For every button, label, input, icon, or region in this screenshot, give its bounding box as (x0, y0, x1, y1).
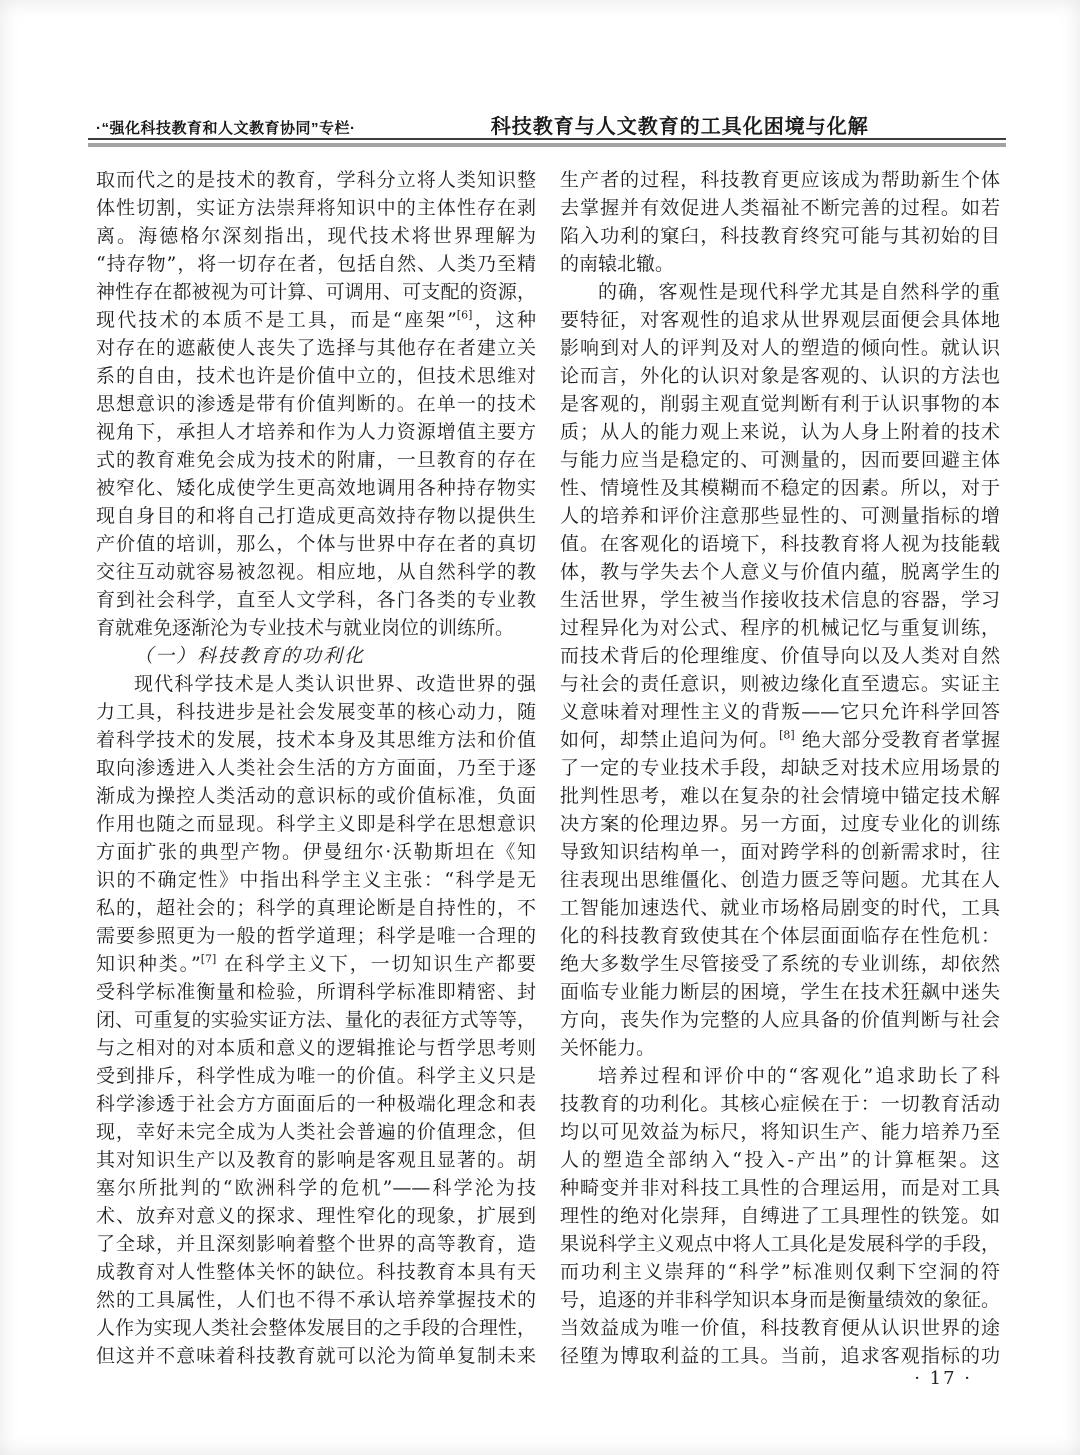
text-line: 塞尔所批判的“欧洲科学的危机”——科学沦为技 (96, 1174, 536, 1202)
text-line: 去掌握并有效促进人类福祉不断完善的过程。如若 (560, 194, 1000, 222)
text-line: 需要参照更为一般的哲学道理；科学是唯一合理的 (96, 922, 536, 950)
article-title: 科技教育与人文教育的工具化困境与化解 (356, 110, 1005, 139)
text-line: 径堕为博取利益的工具。当前，追求客观指标的功 (560, 1342, 1000, 1370)
text-line: 导致知识结构单一，面对跨学科的创新需求时，往 (560, 838, 1000, 866)
text-line: 方面扩张的典型产物。伊曼纽尔·沃勒斯坦在《知 (96, 838, 536, 866)
text-line: 培养过程和评价中的“客观化”追求助长了科 (560, 1062, 1000, 1090)
text-line: 人的培养和评价注意那些显性的、可测量指标的增 (560, 502, 1000, 530)
text-line: 如何，却禁止追问为何。[8] 绝大部分受教育者掌握 (560, 726, 1000, 754)
document-page: ·“强化科技教育和人文教育协同”专栏· 科技教育与人文教育的工具化困境与化解 取… (0, 0, 1080, 1455)
text-line: 现代科学技术是人类认识世界、改造世界的强 (96, 670, 536, 698)
text-line: 现自身目的和将自己打造成更高效持存物以提供生 (96, 502, 536, 530)
text-line: 成教育对人性整体关怀的缺位。科技教育本具有天 (96, 1258, 536, 1286)
text-line: 知识种类。”[7] 在科学主义下，一切知识生产都要 (96, 950, 536, 978)
text-line: 取向渗透进入人类社会生活的方方面面，乃至于逐 (96, 754, 536, 782)
text-line: 体性切割，实证方法崇拜将知识中的主体性存在剥 (96, 194, 536, 222)
text-line: 作用也随之而显现。科学主义即是科学在思想意识 (96, 810, 536, 838)
text-line: 绝大多数学生尽管接受了系统的专业训练，却依然 (560, 950, 1000, 978)
text-line: 与之相对的对本质和意义的逻辑推论与哲学思考则 (96, 1034, 536, 1062)
text-line: 交往互动就容易被忽视。相应地，从自然科学的教 (96, 558, 536, 586)
text-line: 陷入功利的窠臼，科技教育终究可能与其初始的目 (560, 222, 1000, 250)
text-line: 然的工具属性，人们也不得不承认培养掌握技术的 (96, 1286, 536, 1314)
text-line: 均以可见效益为标尺，将知识生产、能力培养乃至 (560, 1118, 1000, 1146)
text-line: 技教育的功利化。其核心症候在于：一切教育活动 (560, 1090, 1000, 1118)
text-line: 义意味着对理性主义的背叛——它只允许科学回答 (560, 698, 1000, 726)
text-line: 识的不确定性》中指出科学主义主张：“科学是无 (96, 866, 536, 894)
text-line: 现代技术的本质不是工具，而是“座架”[6]，这种 (96, 306, 536, 334)
text-line: 体，教与学失去个人意义与价值内蕴，脱离学生的 (560, 558, 1000, 586)
text-line: 值。在客观化的语境下，科技教育将人视为技能载 (560, 530, 1000, 558)
text-line: 被窄化、矮化成使学生更高效地调用各种持存物实 (96, 474, 536, 502)
text-line: 质；从人的能力观上来说，认为人身上附着的技术 (560, 418, 1000, 446)
text-line: 关怀能力。 (560, 1034, 1000, 1062)
right-column: 生产者的过程，科技教育更应该成为帮助新生个体去掌握并有效促进人类福祉不断完善的过… (560, 166, 1000, 1370)
left-column: 取而代之的是技术的教育，学科分立将人类知识整体性切割，实证方法崇拜将知识中的主体… (96, 166, 536, 1370)
text-line: 是客观的，削弱主观直觉判断有利于认识事物的本 (560, 390, 1000, 418)
text-line: 渐成为操控人类活动的意识标的或价值标准，负面 (96, 782, 536, 810)
text-line: 私的，超社会的；科学的真理论断是自持性的，不 (96, 894, 536, 922)
text-line: 育就难免逐渐沦为专业技术与就业岗位的训练所。 (96, 614, 536, 642)
text-line: 神性存在都被视为可计算、可调用、可支配的资源， (96, 278, 536, 306)
text-line: 性、情境性及其模糊而不稳定的因素。所以，对于 (560, 474, 1000, 502)
text-line: 视角下，承担人才培养和作为人力资源增值主要方 (96, 418, 536, 446)
text-line: 产价值的培训，那么，个体与世界中存在者的真切 (96, 530, 536, 558)
page-number: · 17 · (914, 1368, 972, 1389)
text-line: 术、放弃对意义的探求、理性窄化的现象，扩展到 (96, 1202, 536, 1230)
text-line: 与能力应当是稳定的、可测量的，因而要回避主体 (560, 446, 1000, 474)
text-line: 思想意识的渗透是带有价值判断的。在单一的技术 (96, 390, 536, 418)
text-line: 着科学技术的发展，技术本身及其思维方法和价值 (96, 726, 536, 754)
text-line: 决方案的伦理边界。另一方面，过度专业化的训练 (560, 810, 1000, 838)
column-label: ·“强化科技教育和人文教育协同”专栏· (96, 117, 356, 138)
text-line: 式的教育难免会成为技术的附庸，一旦教育的存在 (96, 446, 536, 474)
text-line: 力工具，科技进步是社会发展变革的核心动力，随 (96, 698, 536, 726)
header-rule-thin (88, 138, 1006, 140)
text-line: 要特征，对客观性的追求从世界观层面便会具体地 (560, 306, 1000, 334)
text-line: 号，追逐的并非科学知识本身而是衡量绩效的象征。 (560, 1286, 1000, 1314)
text-line: 科学渗透于社会方方面面后的一种极端化理念和表 (96, 1090, 536, 1118)
article-body: 取而代之的是技术的教育，学科分立将人类知识整体性切割，实证方法崇拜将知识中的主体… (96, 166, 1000, 1370)
text-line: 的确，客观性是现代科学尤其是自然科学的重 (560, 278, 1000, 306)
text-line: 种畸变并非对科技工具性的合理运用，而是对工具 (560, 1174, 1000, 1202)
text-line: 过程异化为对公式、程序的机械记忆与重复训练， (560, 614, 1000, 642)
text-line: 影响到对人的评判及对人的塑造的倾向性。就认识 (560, 334, 1000, 362)
text-line: 人的塑造全部纳入“投入-产出”的计算框架。这 (560, 1146, 1000, 1174)
text-line: 系的自由，技术也许是价值中立的，但技术思维对 (96, 362, 536, 390)
text-line: 了全球，并且深刻影响着整个世界的高等教育，造 (96, 1230, 536, 1258)
text-line: 论而言，外化的认识对象是客观的、认识的方法也 (560, 362, 1000, 390)
page-header: ·“强化科技教育和人文教育协同”专栏· 科技教育与人文教育的工具化困境与化解 (96, 110, 1004, 139)
text-line: “持存物”，将一切存在者，包括自然、人类乃至精 (96, 250, 536, 278)
text-line: 生产者的过程，科技教育更应该成为帮助新生个体 (560, 166, 1000, 194)
text-line: 离。海德格尔深刻指出，现代技术将世界理解为 (96, 222, 536, 250)
section-heading: （一）科技教育的功利化 (96, 642, 536, 670)
text-line: 面临专业能力断层的困境，学生在技术狂飙中迷失 (560, 978, 1000, 1006)
citation-ref: [7] (201, 953, 217, 966)
text-line: 现，幸好未完全成为人类社会普遍的价值理念，但 (96, 1118, 536, 1146)
text-line: 了一定的专业技术手段，却缺乏对技术应用场景的 (560, 754, 1000, 782)
citation-ref: [6] (457, 309, 473, 322)
text-line: 的南辕北辙。 (560, 250, 1000, 278)
text-line: 但这并不意味着科技教育就可以沦为简单复制未来 (96, 1342, 536, 1370)
text-line: 取而代之的是技术的教育，学科分立将人类知识整 (96, 166, 536, 194)
citation-ref: [8] (779, 729, 795, 742)
text-line: 方向，丧失作为完整的人应具备的价值判断与社会 (560, 1006, 1000, 1034)
text-line: 理性的绝对化崇拜，自缚进了工具理性的铁笼。如 (560, 1202, 1000, 1230)
text-line: 生活世界，学生被当作接收技术信息的容器，学习 (560, 586, 1000, 614)
text-line: 当效益成为唯一价值，科技教育便从认识世界的途 (560, 1314, 1000, 1342)
text-line: 受到排斥，科学性成为唯一的价值。科学主义只是 (96, 1062, 536, 1090)
text-line: 而功利主义崇拜的“科学”标准则仅剩下空洞的符 (560, 1258, 1000, 1286)
text-line: 对存在的遮蔽使人丧失了选择与其他存在者建立关 (96, 334, 536, 362)
text-line: 工智能加速迭代、就业市场格局剧变的时代，工具 (560, 894, 1000, 922)
text-line: 人作为实现人类社会整体发展目的之手段的合理性， (96, 1314, 536, 1342)
text-line: 闭、可重复的实验实证方法、量化的表征方式等等， (96, 1006, 536, 1034)
text-line: 受科学标准衡量和检验，所谓科学标准即精密、封 (96, 978, 536, 1006)
header-rule-thick (88, 143, 1006, 147)
text-line: 往表现出思维僵化、创造力匮乏等问题。尤其在人 (560, 866, 1000, 894)
text-line: 育到社会科学，直至人文学科，各门各类的专业教 (96, 586, 536, 614)
text-line: 而技术背后的伦理维度、价值导向以及人类对自然 (560, 642, 1000, 670)
text-line: 与社会的责任意识，则被边缘化直至遗忘。实证主 (560, 670, 1000, 698)
text-line: 果说科学主义观点中将人工具化是发展科学的手段， (560, 1230, 1000, 1258)
text-line: 批判性思考，难以在复杂的社会情境中锚定技术解 (560, 782, 1000, 810)
text-line: 其对知识生产以及教育的影响是客观且显著的。胡 (96, 1146, 536, 1174)
text-line: 化的科技教育致使其在个体层面面临存在性危机： (560, 922, 1000, 950)
